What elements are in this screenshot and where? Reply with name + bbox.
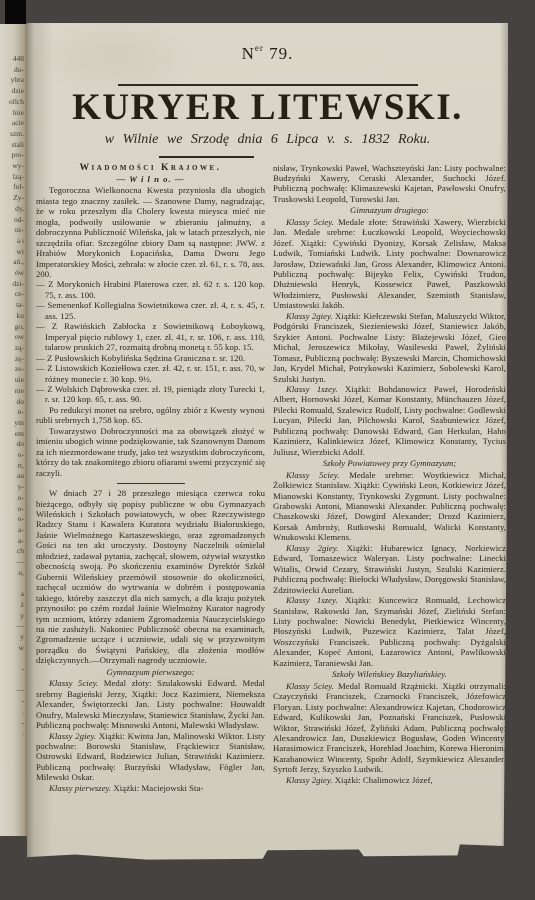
body-paragraph: Klassy 2giey. Xiążki: Kwinta Jan, Malino…	[36, 731, 265, 783]
body-paragraph: Klassy 5ciey. Medale srebrne: Woytkiewic…	[273, 470, 506, 543]
class-label: Klassy 1szey.	[286, 384, 345, 394]
body-paragraph: W dniach 27 i 28 przeszłego miesiąca cze…	[36, 488, 265, 666]
class-label: Klassy 2giey.	[286, 311, 335, 321]
facing-page-edge: 448do-ybradzieollchlnieacieszm.stalipro-…	[0, 24, 27, 836]
spine-fragment: nie	[0, 386, 24, 397]
spine-fragment: o-	[0, 450, 24, 461]
spine-fragment: -	[0, 718, 24, 729]
group-heading: Gymnazyum pierwszego:	[36, 667, 265, 677]
column-left: Wiadomości Krajowe.— W i l n o. —Tegoroc…	[36, 163, 265, 794]
spine-fragment: Zy-	[0, 193, 24, 204]
issue-number: Ner 79.	[27, 44, 508, 64]
donation-entry: — Semenenkof Kollegialna Sowietnikowa cz…	[36, 300, 265, 321]
column-right: nisław, Trynkowski Paweł, Wachszteyński …	[273, 163, 506, 794]
body-paragraph: Tegoroczna Wielkonocna Kwesta przyniosła…	[36, 185, 265, 279]
spine-fragment: do-	[0, 65, 24, 76]
masthead-rule-top	[118, 84, 418, 86]
spine-fragment: do	[0, 397, 24, 408]
spine-fragment: ów	[0, 268, 24, 279]
spine-fragment: a i	[0, 236, 24, 247]
spine-fragment: .	[0, 728, 24, 739]
class-label: Klassy 5ciey.	[286, 470, 349, 480]
spine-fragment	[0, 653, 24, 664]
spine-fragment: w	[0, 643, 24, 654]
subsection-heading: — W i l n o. —	[36, 174, 265, 184]
spine-fragment: acie	[0, 118, 24, 129]
class-label: Klassy 2giey.	[286, 543, 347, 553]
donation-entry: — Z Wolskich Dąbrowska czer. zł. 19, pie…	[36, 384, 265, 405]
spine-fragment: em	[0, 429, 24, 440]
class-label: Klassy 1szey.	[286, 595, 345, 605]
spine-fragment: wi	[0, 247, 24, 258]
spine-fragment: ym	[0, 418, 24, 429]
spine-fragment: pro-	[0, 150, 24, 161]
group-heading: Szkoły Wileńskiey Bazyliańskiey.	[273, 669, 506, 679]
class-label: Klassy pierwszey.	[49, 783, 113, 793]
scanned-newspaper-page: { "colors": { "background": "#454240", "…	[0, 0, 535, 900]
body-paragraph: Po redukcyi monet na srebro, ogólny zbió…	[36, 405, 265, 426]
spine-fragment: do	[0, 439, 24, 450]
spine-fragment: a	[0, 589, 24, 600]
spine-fragment: od-	[0, 215, 24, 226]
spine-fragment: -	[0, 664, 24, 675]
spine-fragment: 448	[0, 54, 24, 65]
spine-fragment: dzie	[0, 86, 24, 97]
spine-fragment: go,	[0, 322, 24, 333]
issue-superscript: er	[255, 43, 264, 53]
spine-fragment: zę-	[0, 354, 24, 365]
article-columns: Wiadomości Krajowe.— W i l n o. —Tegoroc…	[27, 158, 508, 794]
class-label: Klassy 5ciey.	[286, 217, 338, 227]
spine-fragments: 448do-ybradzieollchlnieacieszm.stalipro-…	[0, 54, 24, 739]
spine-fragment: ku	[0, 311, 24, 322]
donation-entry: — Z Listowskich Koziełłowa czer. zł. 42,…	[36, 363, 265, 384]
spine-fragment: ollch	[0, 97, 24, 108]
spine-fragment: o-	[0, 504, 24, 515]
spine-fragment: dzi-	[0, 279, 24, 290]
body-paragraph: Klassy 2giey. Xiążki: Kiełczewski Stefan…	[273, 311, 506, 384]
body-paragraph: Klassy 5ciey. Medal Romuald Rzążnicki. X…	[273, 681, 506, 775]
spine-fragment: wy-	[0, 161, 24, 172]
spine-fragment: .	[0, 707, 24, 718]
spine-fragment: y-	[0, 482, 24, 493]
spine-fragment: ce-	[0, 289, 24, 300]
group-heading: Gimnazyum drugiego:	[273, 205, 506, 215]
spine-fragment: —	[0, 621, 24, 632]
scan-corner-mark	[5, 0, 26, 24]
body-paragraph: Klassy 5ciey. Medal złoty: Szulakowski E…	[36, 678, 265, 730]
donation-entry: — Z Pusłowskich Kobylińska Sędzina Grani…	[36, 353, 265, 363]
body-paragraph: Klassy 1szey. Xiążki: Bohdanowicz Paweł,…	[273, 384, 506, 457]
spine-fragment: ta-	[0, 300, 24, 311]
spine-fragment: ań.,	[0, 257, 24, 268]
spine-fragment: o,	[0, 568, 24, 579]
newspaper-title: KURYER LITEWSKI.	[27, 87, 508, 129]
spine-fragment: ż	[0, 600, 24, 611]
spine-fragment: ow	[0, 332, 24, 343]
spine-fragment: o-	[0, 493, 24, 504]
spine-fragment: dy,	[0, 204, 24, 215]
spine-fragment: fol-	[0, 182, 24, 193]
body-paragraph: Klassy 2giey. Xiążki: Chalimowicz Józef,	[273, 775, 506, 785]
newspaper-page: Ner 79. KURYER LITEWSKI. w Wilnie we Srz…	[27, 23, 508, 875]
spine-fragment: a-	[0, 536, 24, 547]
body-paragraph: Klassy 2giey. Xiążki: Hubarewicz Ignacy,…	[273, 543, 506, 595]
donation-entry: — Z Morykonich Hrabini Platerowa czer. z…	[36, 279, 265, 300]
spine-fragment: lnie	[0, 108, 24, 119]
section-heading: Wiadomości Krajowe.	[36, 163, 265, 173]
spine-fragment: -	[0, 696, 24, 707]
divider-rule	[117, 483, 185, 484]
body-paragraph: Towarzystwo Dobroczynności ma za obowiąz…	[36, 426, 265, 478]
group-heading: Szkoły Powiatowey przy Gymnazyum;	[273, 458, 506, 468]
spine-fragment: zą-	[0, 343, 24, 354]
spine-fragment: stali	[0, 140, 24, 151]
body-paragraph: Klassy 5ciey. Medale złote: Strawiński X…	[273, 217, 506, 311]
class-label: Klassy 5ciey.	[286, 681, 338, 691]
spine-fragment: oz-	[0, 225, 24, 236]
spine-fragment: uie	[0, 375, 24, 386]
donation-entry: — Z Rawińskich Zabłocka z Sowietnikową Ł…	[36, 321, 265, 352]
spine-fragment: au	[0, 471, 24, 482]
dateline: w Wilnie we Srzodę dnia 6 Lipca v. s. 18…	[27, 132, 508, 148]
spine-fragment: szm.	[0, 129, 24, 140]
spine-fragment: y	[0, 611, 24, 622]
spine-fragment: ch	[0, 546, 24, 557]
class-label: Klassy 2giey.	[286, 775, 335, 785]
spine-fragment: rt,	[0, 461, 24, 472]
spine-fragment: a-	[0, 525, 24, 536]
spine-fragment: —	[0, 685, 24, 696]
spine-fragment: lzą-	[0, 172, 24, 183]
class-label: Klassy 5ciey.	[49, 678, 104, 688]
spine-fragment: ybra	[0, 75, 24, 86]
body-paragraph: Klassy pierwszey. Xiążki: Maciejowski St…	[36, 783, 265, 793]
spine-fragment: —	[0, 557, 24, 568]
body-paragraph: Klassy 1szey. Xiążki: Kuncewicz Romuald,…	[273, 595, 506, 668]
spine-fragment: n-	[0, 407, 24, 418]
body-paragraph: nisław, Trynkowski Paweł, Wachszteyński …	[273, 163, 506, 205]
spine-fragment: y	[0, 632, 24, 643]
spine-fragment	[0, 578, 24, 589]
spine-fragment	[0, 675, 24, 686]
spine-fragment: o-	[0, 514, 24, 525]
spine-fragment: ze-	[0, 364, 24, 375]
class-label: Klassy 2giey.	[49, 731, 99, 741]
